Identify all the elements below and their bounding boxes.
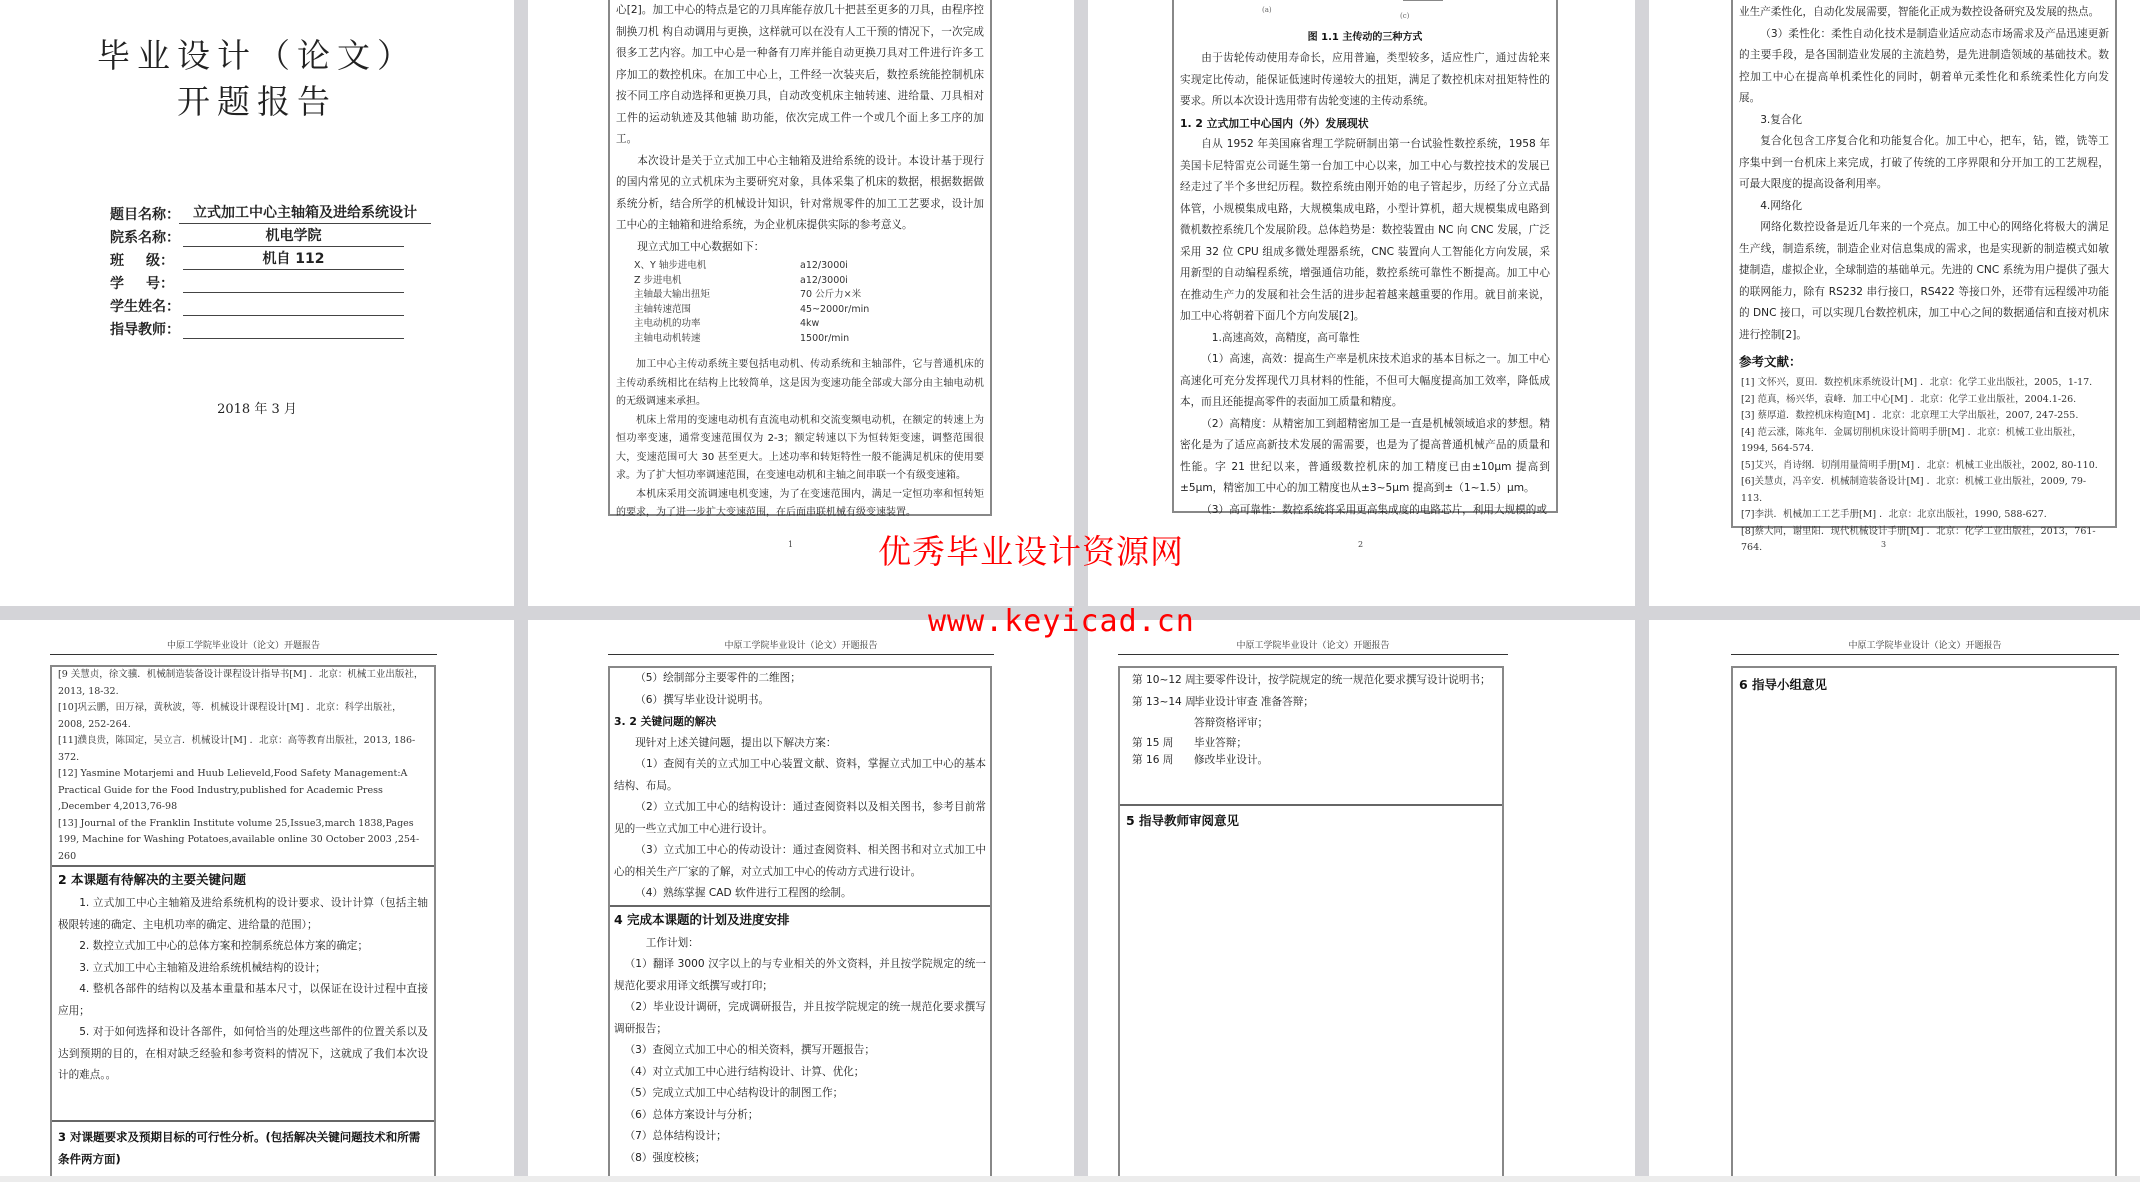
section-4-heading: 4 完成本课题的计划及进度安排: [612, 907, 988, 933]
list-item: 5. 对于如何选择和设计各部件，如何恰当的处理这些部件的位置关系以及达到预期的目…: [56, 1022, 430, 1087]
list-item: 2. 数控立式加工中心的总体方案和控制系统总体方案的确定；: [56, 936, 430, 958]
page-1[interactable]: 心[2]。加工中心的特点是它的刀具库能存放几十把甚至更多的刀具，由程序控制换刀机…: [528, 0, 1074, 606]
field-label: 题目名称：: [110, 204, 182, 224]
list-item: （3）立式加工中心的传动设计：通过查阅资料、相关图书和对立式加工中心的相关生产厂…: [612, 840, 988, 883]
reference-item: [3] 蔡厚道．数控机床构造[M] ．北京：北京理工大学出版社，2007, 24…: [1737, 408, 2111, 425]
spec-row: 主轴最大输出扭矩70 公斤力×米: [614, 288, 986, 303]
field-value: [183, 273, 404, 293]
list-item: （4）熟练掌握 CAD 软件进行工程图的绘制。: [612, 883, 988, 905]
cover-title-line1: 毕业设计（论文）: [0, 30, 514, 77]
field-student-id: 学号：: [110, 271, 182, 293]
paragraph: 工作计划：: [612, 933, 988, 955]
schedule-row: 第 16 周修改毕业设计。: [1120, 752, 1502, 769]
list-item: 4. 整机各部件的结构以及基本重量和基本尺寸，以保证在设计过程中直接应用；: [56, 979, 430, 1022]
field-value: 立式加工中心主轴箱及进给系统设计: [179, 204, 431, 224]
running-header: 中原工学院毕业设计（论文）开题报告: [1118, 638, 1508, 655]
field-label: 院系名称：: [110, 227, 182, 247]
page-5[interactable]: 中原工学院毕业设计（论文）开题报告 （5）绘制部分主要零件的二维图； （6）撰写…: [528, 620, 1074, 1176]
field-value: 机自 112: [183, 250, 404, 270]
list-item: （2）立式加工中心的结构设计：通过查阅资料以及相关图书，参考目前常见的一些立式加…: [612, 797, 988, 840]
subheading: 3.复合化: [1737, 110, 2111, 132]
paragraph: 现立式加工中心数据如下：: [614, 237, 986, 259]
paragraph: 本次设计是关于立式加工中心主轴箱及进给系统的设计。本设计基于现行的国内常见的立式…: [614, 151, 986, 237]
list-item: （7）总体结构设计；: [612, 1126, 988, 1148]
list-item: 3. 立式加工中心主轴箱及进给系统机械结构的设计；: [56, 958, 430, 980]
reference-item: [12] Yasmine Motarjemi and Huub Lelievel…: [54, 766, 432, 816]
figure-label-c: (c): [1400, 12, 1409, 20]
paragraph: 心[2]。加工中心的特点是它的刀具库能存放几十把甚至更多的刀具，由程序控制换刀机…: [614, 0, 986, 151]
field-student-name: 学生姓名：: [110, 294, 182, 316]
list-item: （3）查阅立式加工中心的相关资料，撰写开题报告；: [612, 1040, 988, 1062]
page-5-text-box: （5）绘制部分主要零件的二维图； （6）撰写毕业设计说明书。 3. 2 关键问题…: [608, 666, 992, 1176]
reference-item: [11]濮良贵，陈国定，吴立言．机械设计[M] ．北京：高等教育出版社，2013…: [54, 733, 432, 766]
field-label: 学号：: [110, 273, 174, 293]
running-header: 中原工学院毕业设计（论文）开题报告: [1731, 638, 2119, 655]
paragraph: 加工中心主传动系统主要包括电动机、传动系统和主轴部件，它与普通机床的主传动系统相…: [614, 356, 986, 412]
reference-item: [6]关慧贞，冯辛安．机械制造装备设计[M] ．北京：机械工业出版社，2009,…: [1737, 474, 2111, 507]
reference-item: [2] 范真，杨兴华，袁峰．加工中心[M] ．北京：化学工业出版社，2004.1…: [1737, 392, 2111, 409]
list-item: （4）对立式加工中心进行结构设计、计算、优化；: [612, 1062, 988, 1084]
references-heading: 参考文献：: [1737, 349, 2111, 375]
figure-diagram-box: [1403, 0, 1443, 1]
section-3-2-heading: 3. 2 关键问题的解决: [612, 711, 988, 733]
paragraph: （2）高精度：从精密加工到超精密加工是一直是机械领域追求的梦想。精密化是为了适应…: [1178, 414, 1552, 500]
page-4-text-box: [9 关慧贞，徐文骥．机械制造装备设计课程设计指导书[M] ．北京：机械工业出版…: [50, 665, 436, 1176]
page-1-text-box: 心[2]。加工中心的特点是它的刀具库能存放几十把甚至更多的刀具，由程序控制换刀机…: [608, 0, 992, 516]
spec-row: 主电动机的功率4kw: [614, 317, 986, 332]
machine-spec-list: X、Y 轴步进电机a12/3000i Z 步进电机a12/3000i 主轴最大输…: [614, 259, 986, 346]
field-department: 院系名称： 机电学院: [110, 225, 182, 247]
reference-item: [10]巩云鹏，田万禄，黄秋波，等．机械设计课程设计[M] ．北京：科学出版社，…: [54, 700, 432, 733]
page-2-text-box: (a) (c) 图 1.1 主传动的三种方式 由于齿轮传动使用寿命长，应用普遍，…: [1172, 0, 1558, 513]
spec-row: X、Y 轴步进电机a12/3000i: [614, 259, 986, 274]
field-value: [183, 319, 404, 339]
reference-item: [5]艾兴，肖诗纲．切削用量简明手册[M] ．北京：机械工业出版社，2002, …: [1737, 458, 2111, 475]
cover-date: 2018 年 3 月: [0, 398, 514, 417]
field-topic: 题目名称： 立式加工中心主轴箱及进给系统设计: [110, 202, 182, 224]
paragraph: （3）柔性化：柔性自动化技术是制造业适应动态市场需求及产品迅速更新的主要手段，是…: [1737, 24, 2111, 110]
paragraph: 自从 1952 年美国麻省理工学院研制出第一台试验性数控系统，1958 年美国卡…: [1178, 134, 1552, 328]
list-item: （5）绘制部分主要零件的二维图；: [612, 668, 988, 690]
figure-caption: 图 1.1 主传动的三种方式: [1178, 28, 1552, 48]
page-4[interactable]: 中原工学院毕业设计（论文）开题报告 [9 关慧贞，徐文骥．机械制造装备设计课程设…: [0, 620, 514, 1176]
section-6-heading: 6 指导小组意见: [1737, 672, 2111, 698]
paragraph: 业生产柔性化，自动化发展需要，智能化正成为数控设备研究及发展的热点。: [1737, 2, 2111, 24]
figure-1-1: (a) (c): [1178, 0, 1552, 28]
section-5-heading: 5 指导教师审阅意见: [1124, 808, 1498, 834]
subheading: 1.高速高效，高精度，高可靠性: [1178, 328, 1552, 350]
schedule-row: 第 13~14 周毕业设计审查 准备答辩；: [1120, 692, 1502, 714]
section-heading-1-2: 1. 2 立式加工中心国内（外）发展现状: [1178, 113, 1552, 135]
field-advisor: 指导教师：: [110, 317, 182, 339]
paragraph: 本机床采用交流调速电机变速，为了在变速范围内，满足一定恒功率和恒转矩的要求，为了…: [614, 486, 986, 523]
paragraph: （1）高速，高效：提高生产率是机床技术追求的基本目标之一。加工中心高速化可充分发…: [1178, 349, 1552, 414]
field-value: [183, 296, 404, 316]
page-3[interactable]: 业生产柔性化，自动化发展需要，智能化正成为数控设备研究及发展的热点。 （3）柔性…: [1649, 0, 2140, 606]
schedule-row: 答辩资格评审；: [1120, 713, 1502, 735]
paragraph: 网络化数控设备是近几年来的一个亮点。加工中心的网络化将极大的满足生产线，制造系统…: [1737, 217, 2111, 346]
page-number: 2: [1358, 540, 1363, 549]
page-2[interactable]: (a) (c) 图 1.1 主传动的三种方式 由于齿轮传动使用寿命长，应用普遍，…: [1088, 0, 1635, 606]
reference-item: [13] Journal of the Franklin Institute v…: [54, 816, 432, 866]
list-item: （1）查阅有关的立式加工中心装置文献、资料，掌握立式加工中心的基本结构、布局。: [612, 754, 988, 797]
spec-row: 主轴电动机转速1500r/min: [614, 332, 986, 347]
paragraph: 由于齿轮传动使用寿命长，应用普遍，类型较多，适应性广，通过齿轮来实现定比传动，能…: [1178, 48, 1552, 113]
subheading: 4.网络化: [1737, 196, 2111, 218]
paragraph: 机床上常用的变速电动机有直流电动机和交流变频电动机，在额定的转速上为恒功率变速，…: [614, 412, 986, 486]
schedule-list: 第 10~12 周主要零件设计，按学院规定的统一规范化要求撰写设计说明书； 第 …: [1120, 668, 1502, 804]
cover-page[interactable]: 毕业设计（论文） 开题报告 题目名称： 立式加工中心主轴箱及进给系统设计 院系名…: [0, 0, 514, 606]
section-3-heading: 3 对课题要求及预期目标的可行性分析。(包括解决关键问题技术和所需条件两方面): [56, 1126, 430, 1170]
running-header: 中原工学院毕业设计（论文）开题报告: [608, 638, 994, 655]
list-item: （1）翻译 3000 汉字以上的与专业相关的外文资料，并且按学院规定的统一规范化…: [612, 954, 988, 997]
field-class: 班级： 机自 112: [110, 248, 182, 270]
spec-row: Z 步进电机a12/3000i: [614, 274, 986, 289]
reference-item: [7]李洪．机械加工工艺手册[M] ．北京：北京出版社，1990, 588-62…: [1737, 507, 2111, 524]
section-2-heading: 2 本课题有待解决的主要关键问题: [56, 867, 430, 893]
list-item: （6）总体方案设计与分析；: [612, 1105, 988, 1127]
page-number: 3: [1881, 540, 1886, 549]
list-item: （8）强度校核；: [612, 1148, 988, 1170]
page-3-text-box: 业生产柔性化，自动化发展需要，智能化正成为数控设备研究及发展的热点。 （3）柔性…: [1731, 0, 2117, 528]
paragraph: （3）高可靠性：数控系统将采用更高集成度的电路芯片，利用大规模的或: [1178, 500, 1552, 522]
reference-item: [1] 文怀兴，夏田．数控机床系统设计[M] ．北京：化学工业出版社，2005，…: [1737, 375, 2111, 392]
field-label: 班级：: [110, 250, 174, 270]
field-value: 机电学院: [183, 227, 404, 247]
page-7-text-box: 6 指导小组意见: [1731, 666, 2117, 1176]
reference-item: [8]蔡大同，谢里阳．现代机械设计手册[M] ．北京：化学工业出版社，2013，…: [1737, 524, 2111, 557]
spec-row: 主轴转速范围45~2000r/min: [614, 303, 986, 318]
page-6[interactable]: 中原工学院毕业设计（论文）开题报告 第 10~12 周主要零件设计，按学院规定的…: [1088, 620, 1635, 1176]
page-7[interactable]: 中原工学院毕业设计（论文）开题报告 6 指导小组意见: [1649, 620, 2140, 1176]
list-item: （5）完成立式加工中心结构设计的制图工作；: [612, 1083, 988, 1105]
running-header: 中原工学院毕业设计（论文）开题报告: [50, 638, 437, 655]
list-item: （2）毕业设计调研，完成调研报告，并且按学院规定的统一规范化要求撰写调研报告；: [612, 997, 988, 1040]
schedule-row: 第 10~12 周主要零件设计，按学院规定的统一规范化要求撰写设计说明书；: [1120, 670, 1502, 692]
references-list: [1] 文怀兴，夏田．数控机床系统设计[M] ．北京：化学工业出版社，2005，…: [1737, 375, 2111, 557]
list-item: 1. 立式加工中心主轴箱及进给系统机构的设计要求、设计计算（包括主轴极限转速的确…: [56, 893, 430, 936]
figure-label-a: (a): [1262, 6, 1272, 14]
document-page-grid: 毕业设计（论文） 开题报告 题目名称： 立式加工中心主轴箱及进给系统设计 院系名…: [0, 0, 2140, 1176]
page-number: 1: [788, 540, 793, 549]
page-6-text-box: 第 10~12 周主要零件设计，按学院规定的统一规范化要求撰写设计说明书； 第 …: [1118, 666, 1504, 1176]
reference-item: [4] 范云涨，陈兆年．金属切削机床设计简明手册[M] ．北京：机械工业出版社，…: [1737, 425, 2111, 458]
schedule-row: 第 15 周毕业答辩；: [1120, 735, 1502, 752]
paragraph: 现针对上述关键问题，提出以下解决方案：: [612, 733, 988, 755]
bottom-strip: [0, 1176, 2140, 1182]
field-label: 指导教师：: [110, 319, 182, 339]
reference-item: [9 关慧贞，徐文骥．机械制造装备设计课程设计指导书[M] ．北京：机械工业出版…: [54, 667, 432, 700]
paragraph: 复合化包含工序复合化和功能复合化。加工中心，把车，钻，镗，铣等工序集中到一台机床…: [1737, 131, 2111, 196]
field-label: 学生姓名：: [110, 296, 182, 316]
list-item: （6）撰写毕业设计说明书。: [612, 690, 988, 712]
cover-title-line2: 开题报告: [0, 76, 514, 123]
